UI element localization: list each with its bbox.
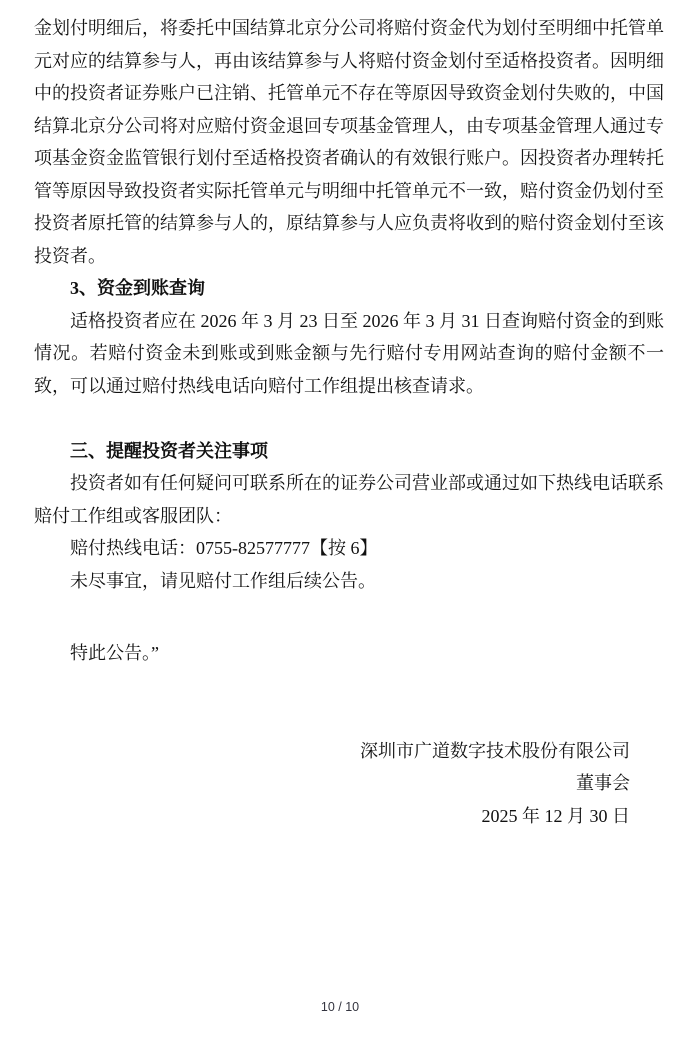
signature-date: 2025 年 12 月 30 日 xyxy=(34,800,630,833)
closing-line: 特此公告。” xyxy=(34,637,664,670)
followup-line: 未尽事宜，请见赔付工作组后续公告。 xyxy=(34,565,664,598)
funds-arrival-paragraph: 适格投资者应在 2026 年 3 月 23 日至 2026 年 3 月 31 日… xyxy=(34,305,664,403)
section-heading-reminder: 三、提醒投资者关注事项 xyxy=(34,435,664,468)
hotline-line: 赔付热线电话：0755-82577777【按 6】 xyxy=(34,532,664,565)
document-page: 金划付明细后，将委托中国结算北京分公司将赔付资金代为划付至明细中托管单元对应的结… xyxy=(0,0,680,1038)
section-heading-funds-arrival: 3、资金到账查询 xyxy=(34,272,664,305)
page-number-indicator: 10 / 10 xyxy=(0,1000,680,1014)
signature-block: 深圳市广道数字技术股份有限公司 董事会 2025 年 12 月 30 日 xyxy=(34,735,664,833)
reminder-paragraph: 投资者如有任何疑问可联系所在的证券公司营业部或通过如下热线电话联系赔付工作组或客… xyxy=(34,467,664,532)
signature-signer: 董事会 xyxy=(34,767,630,800)
document-content: 金划付明细后，将委托中国结算北京分公司将赔付资金代为划付至明细中托管单元对应的结… xyxy=(34,12,664,832)
signature-company: 深圳市广道数字技术股份有限公司 xyxy=(34,735,630,768)
continuation-paragraph: 金划付明细后，将委托中国结算北京分公司将赔付资金代为划付至明细中托管单元对应的结… xyxy=(34,12,664,272)
